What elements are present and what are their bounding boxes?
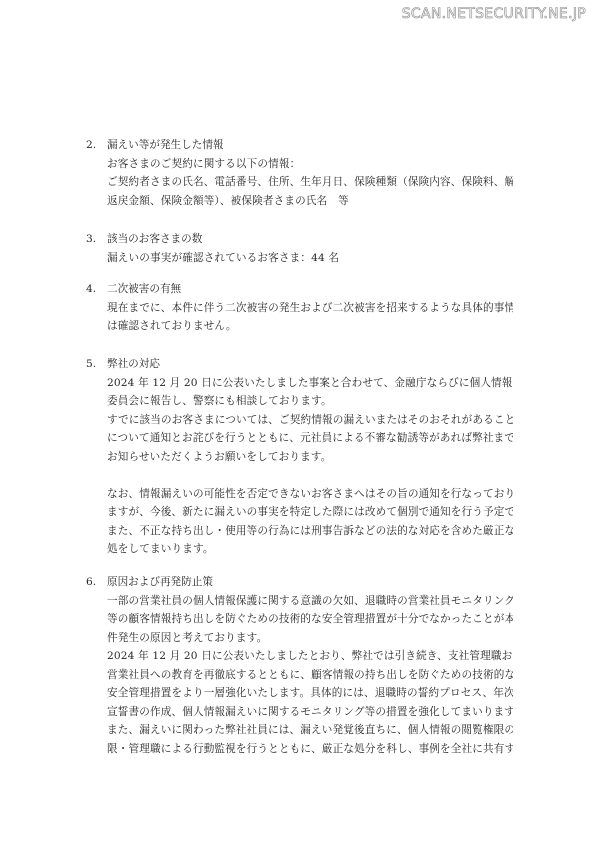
body-line: 件発生の原因と考えております。 (107, 629, 513, 648)
body-line: 現在までに、本件に伴う二次被害の発生および二次被害を招来するような具体的事情 (107, 299, 513, 318)
section-heading: 2.漏えい等が発生した情報 (86, 136, 516, 155)
section-number: 6. (86, 573, 107, 592)
section-company-response: 5.弊社の対応 2024 年 12 月 20 日に公表いたしました事案と合わせて… (86, 355, 516, 559)
section-number: 3. (86, 230, 107, 249)
body-line: について通知とお詫びを行うとともに、元社員による不審な勧誘等があれば弊社まで (107, 429, 513, 448)
body-line: また、不正な持ち出し・使用等の行為には刑事告訴などの法的な対応を含めた厳正な対 (107, 522, 513, 541)
body-line: 2024 年 12 月 20 日に公表いたしました事案と合わせて、金融庁ならびに… (107, 374, 513, 393)
document-page: SCAN.NETSECURITY.NE.JP 2.漏えい等が発生した情報 お客さ… (0, 0, 600, 850)
section-affected-customers: 3.該当のお客さまの数 漏えいの事実が確認されているお客さま：44 名 (86, 230, 516, 267)
body-line: なお、情報漏えいの可能性を否定できないお客さまへはその旨の通知を行なっており (107, 485, 513, 504)
body-line: 営業社員への教育を再徹底するとともに、顧客情報の持ち出しを防ぐための技術的な (107, 666, 513, 685)
body-line: すでに該当のお客さまについては、ご契約情報の漏えいまたはそのおそれがあること (107, 411, 513, 430)
body-line: 安全管理措置をより一層強化いたします。具体的には、退職時の誓約プロセス、年次の (107, 684, 513, 703)
section-heading: 5.弊社の対応 (86, 355, 516, 374)
body-line: 返戻金額、保険金額等）、被保険者さまの氏名 等 (107, 192, 513, 211)
body-line: ご契約者さまの氏名、電話番号、住所、生年月日、保険種類（保険内容、保険料、解約 (107, 173, 513, 192)
section-title: 原因および再発防止策 (107, 576, 213, 588)
section-title: 二次被害の有無 (107, 283, 181, 295)
body-line: 等の顧客情報持ち出しを防ぐための技術的な安全管理措置が十分でなかったことが本 (107, 610, 513, 629)
body-line: ますが、今後、新たに漏えいの事実を特定した際には改めて個別で通知を行う予定です。 (107, 503, 513, 522)
body-line: 委員会に報告し、警察にも相談しております。 (107, 392, 513, 411)
section-cause-and-prevention: 6.原因および再発防止策 一部の営業社員の個人情報保護に関する意識の欠如、退職時… (86, 573, 516, 758)
body-line: お知らせいただくようお願いをしております。 (107, 448, 513, 467)
body-line: 一部の営業社員の個人情報保護に関する意識の欠如、退職時の営業社員モニタリング (107, 592, 513, 611)
body-line: また、漏えいに関わった弊社社員には、漏えい発覚後直ちに、個人情報の閲覧権限の制 (107, 721, 513, 740)
section-number: 2. (86, 136, 107, 155)
section-heading: 3.該当のお客さまの数 (86, 230, 516, 249)
body-line: お客さまのご契約に関する以下の情報： (107, 155, 513, 174)
section-number: 4. (86, 280, 107, 299)
body-line: 限・管理職による行動監視を行うとともに、厳正な処分を科し、事例を全社に共有する (107, 740, 513, 759)
section-title: 該当のお客さまの数 (107, 233, 202, 245)
body-line: 宣誓書の作成、個人情報漏えいに関するモニタリング等の措置を強化してまいります。 (107, 703, 513, 722)
body-line: は確認されておりません。 (107, 317, 513, 336)
body-line: 漏えいの事実が確認されているお客さま：44 名 (107, 249, 513, 268)
section-heading: 4.二次被害の有無 (86, 280, 516, 299)
section-leaked-information: 2.漏えい等が発生した情報 お客さまのご契約に関する以下の情報： ご契約者さまの… (86, 136, 516, 210)
section-number: 5. (86, 355, 107, 374)
site-watermark: SCAN.NETSECURITY.NE.JP (402, 6, 586, 22)
section-heading: 6.原因および再発防止策 (86, 573, 516, 592)
body-line: 2024 年 12 月 20 日に公表いたしましたとおり、弊社では引き続き、支社… (107, 647, 513, 666)
body-line: 処をしてまいります。 (107, 540, 513, 559)
paragraph-gap (86, 466, 516, 485)
section-secondary-damage: 4.二次被害の有無 現在までに、本件に伴う二次被害の発生および二次被害を招来する… (86, 280, 516, 336)
section-title: 弊社の対応 (107, 358, 160, 370)
section-title: 漏えい等が発生した情報 (107, 139, 224, 151)
